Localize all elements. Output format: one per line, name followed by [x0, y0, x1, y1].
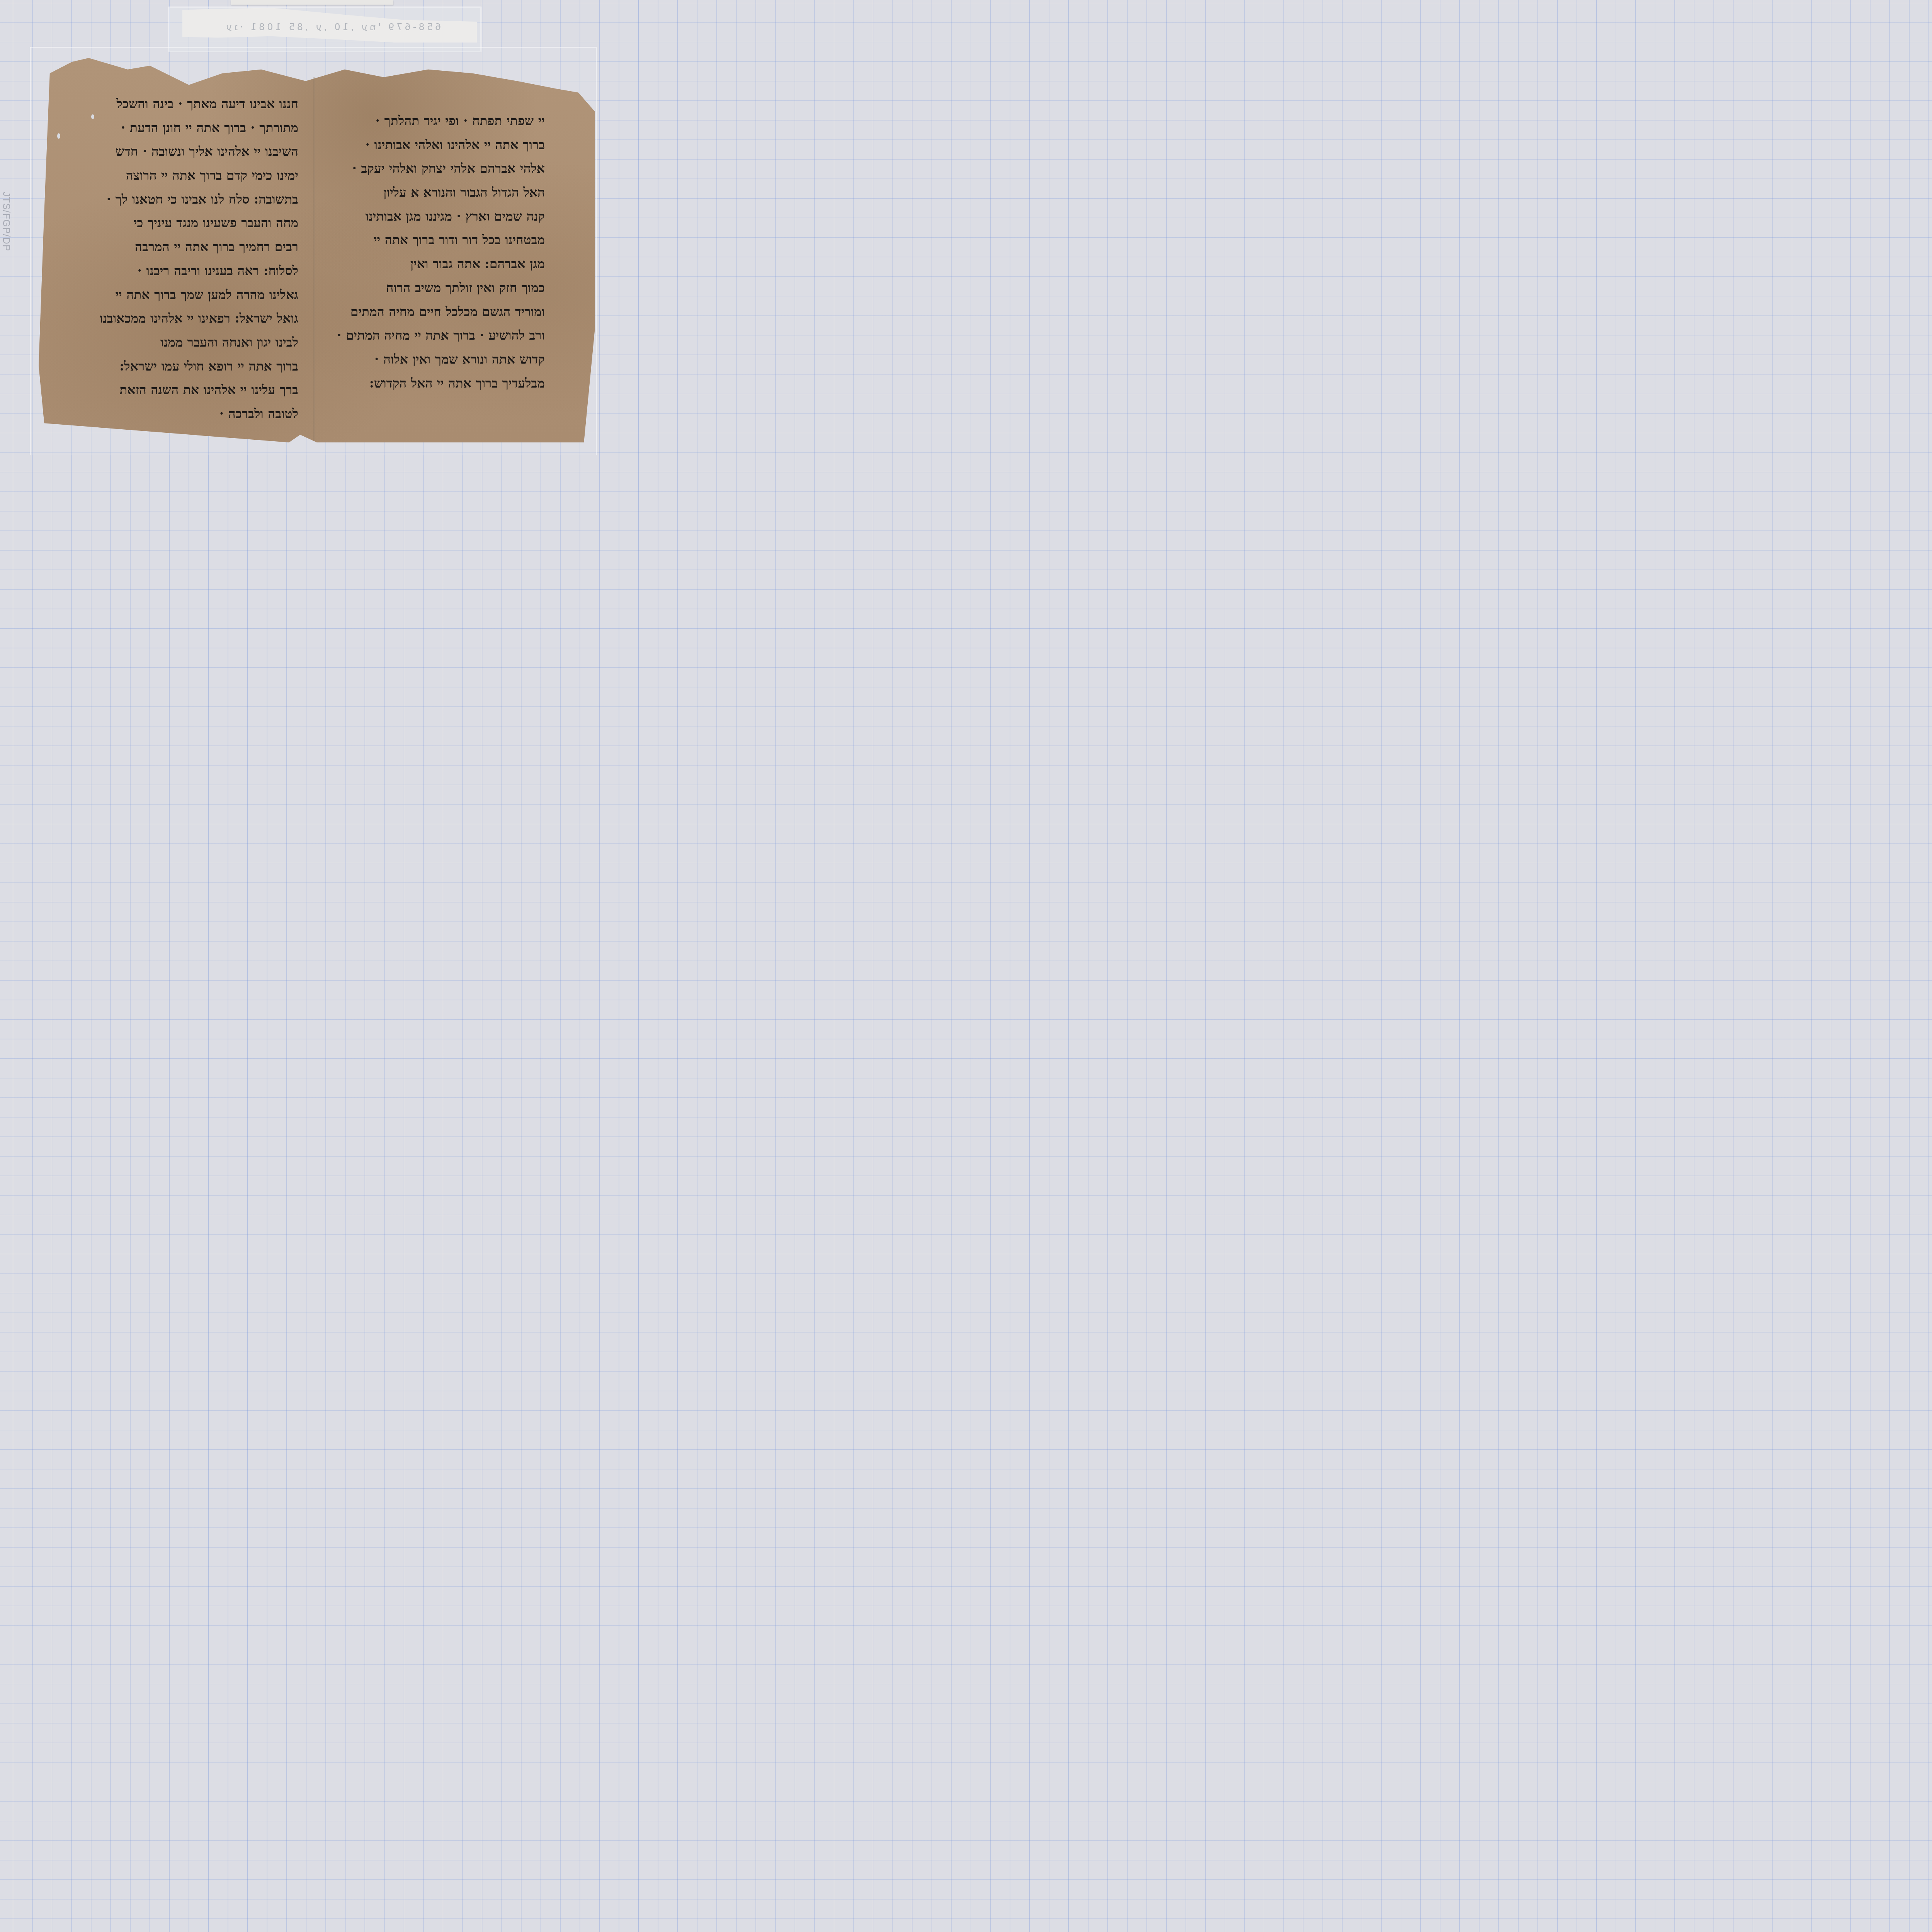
text-line: מבטחינו בכל דור ודור ברוך אתה יי: [340, 228, 545, 252]
left-page-text: חננו אבינו דיעה מאתך · בינה והשכל מתורתך…: [58, 92, 298, 426]
text-line: השיבנו יי אלהינו אליך ונשובה · חדש: [58, 139, 298, 163]
center-fold: [313, 77, 315, 440]
text-line: קנה שמים וארץ · מגיננו מגן אבותינו: [340, 204, 545, 228]
text-line: לסלוח: ראה בענינו וריבה ריבנו ·: [58, 259, 298, 283]
text-line: ברוך אתה יי אלהינו ואלהי אבותינו ·: [340, 133, 545, 157]
archive-side-label: JTS/FGP/DP: [0, 192, 12, 251]
text-line: לבינו יגון ואנחה והעבר ממנו: [58, 330, 298, 354]
top-index-card: [231, 0, 393, 5]
text-line: גואל ישראל: רפאינו יי אלהינו ממכאובנו: [58, 306, 298, 330]
text-line: מחה והעבר פשעינו מנגד עיניך כי: [58, 211, 298, 235]
text-line: אלהי אברהם אלהי יצחק ואלהי יעקב ·: [340, 156, 545, 180]
text-line: חננו אבינו דיעה מאתך · בינה והשכל: [58, 92, 298, 116]
text-line: קדוש אתה ונורא שמך ואין אלוה ·: [340, 347, 545, 371]
text-line: מבלעדיך ברוך אתה יי האל הקדוש:: [340, 371, 545, 395]
text-line: מגן אברהם: אתה גבור ואין: [340, 252, 545, 276]
catalogue-slip-text: ענ· 1081 85, ע, 10, עמ' 658-679: [189, 22, 475, 32]
text-line: רבים רחמיך ברוך אתה יי המרבה: [58, 235, 298, 259]
text-line: בתשובה: סלח לנו אבינו כי חטאנו לך ·: [58, 187, 298, 211]
text-line: יי שפתי תפתח · ופי יגיד תהלתך ·: [340, 109, 545, 133]
text-line: ומוריד הגשם מכלכל חיים מחיה המתים: [340, 300, 545, 324]
text-line: ורב להושיע · ברוך אתה יי מחיה המתים ·: [340, 323, 545, 347]
text-line: ברוך אתה יי רופא חולי עמו ישראל:: [58, 354, 298, 378]
right-page-text: יי שפתי תפתח · ופי יגיד תהלתך · ברוך אתה…: [340, 109, 545, 395]
text-line: ימינו כימי קדם ברוך אתה יי הרוצה: [58, 163, 298, 187]
text-line: כמוך חזק ואין זולתך משיב הרוח: [340, 276, 545, 300]
text-line: ברך עלינו יי אלהינו את השנה הזאת: [58, 378, 298, 402]
text-line: מתורתך · ברוך אתה יי חונן הדעת ·: [58, 116, 298, 140]
text-line: לטובה ולברכה ·: [58, 402, 298, 426]
text-line: האל הגדול הגבור והנורא א עליון: [340, 180, 545, 204]
text-line: גאלינו מהרה למען שמך ברוך אתה יי: [58, 283, 298, 307]
